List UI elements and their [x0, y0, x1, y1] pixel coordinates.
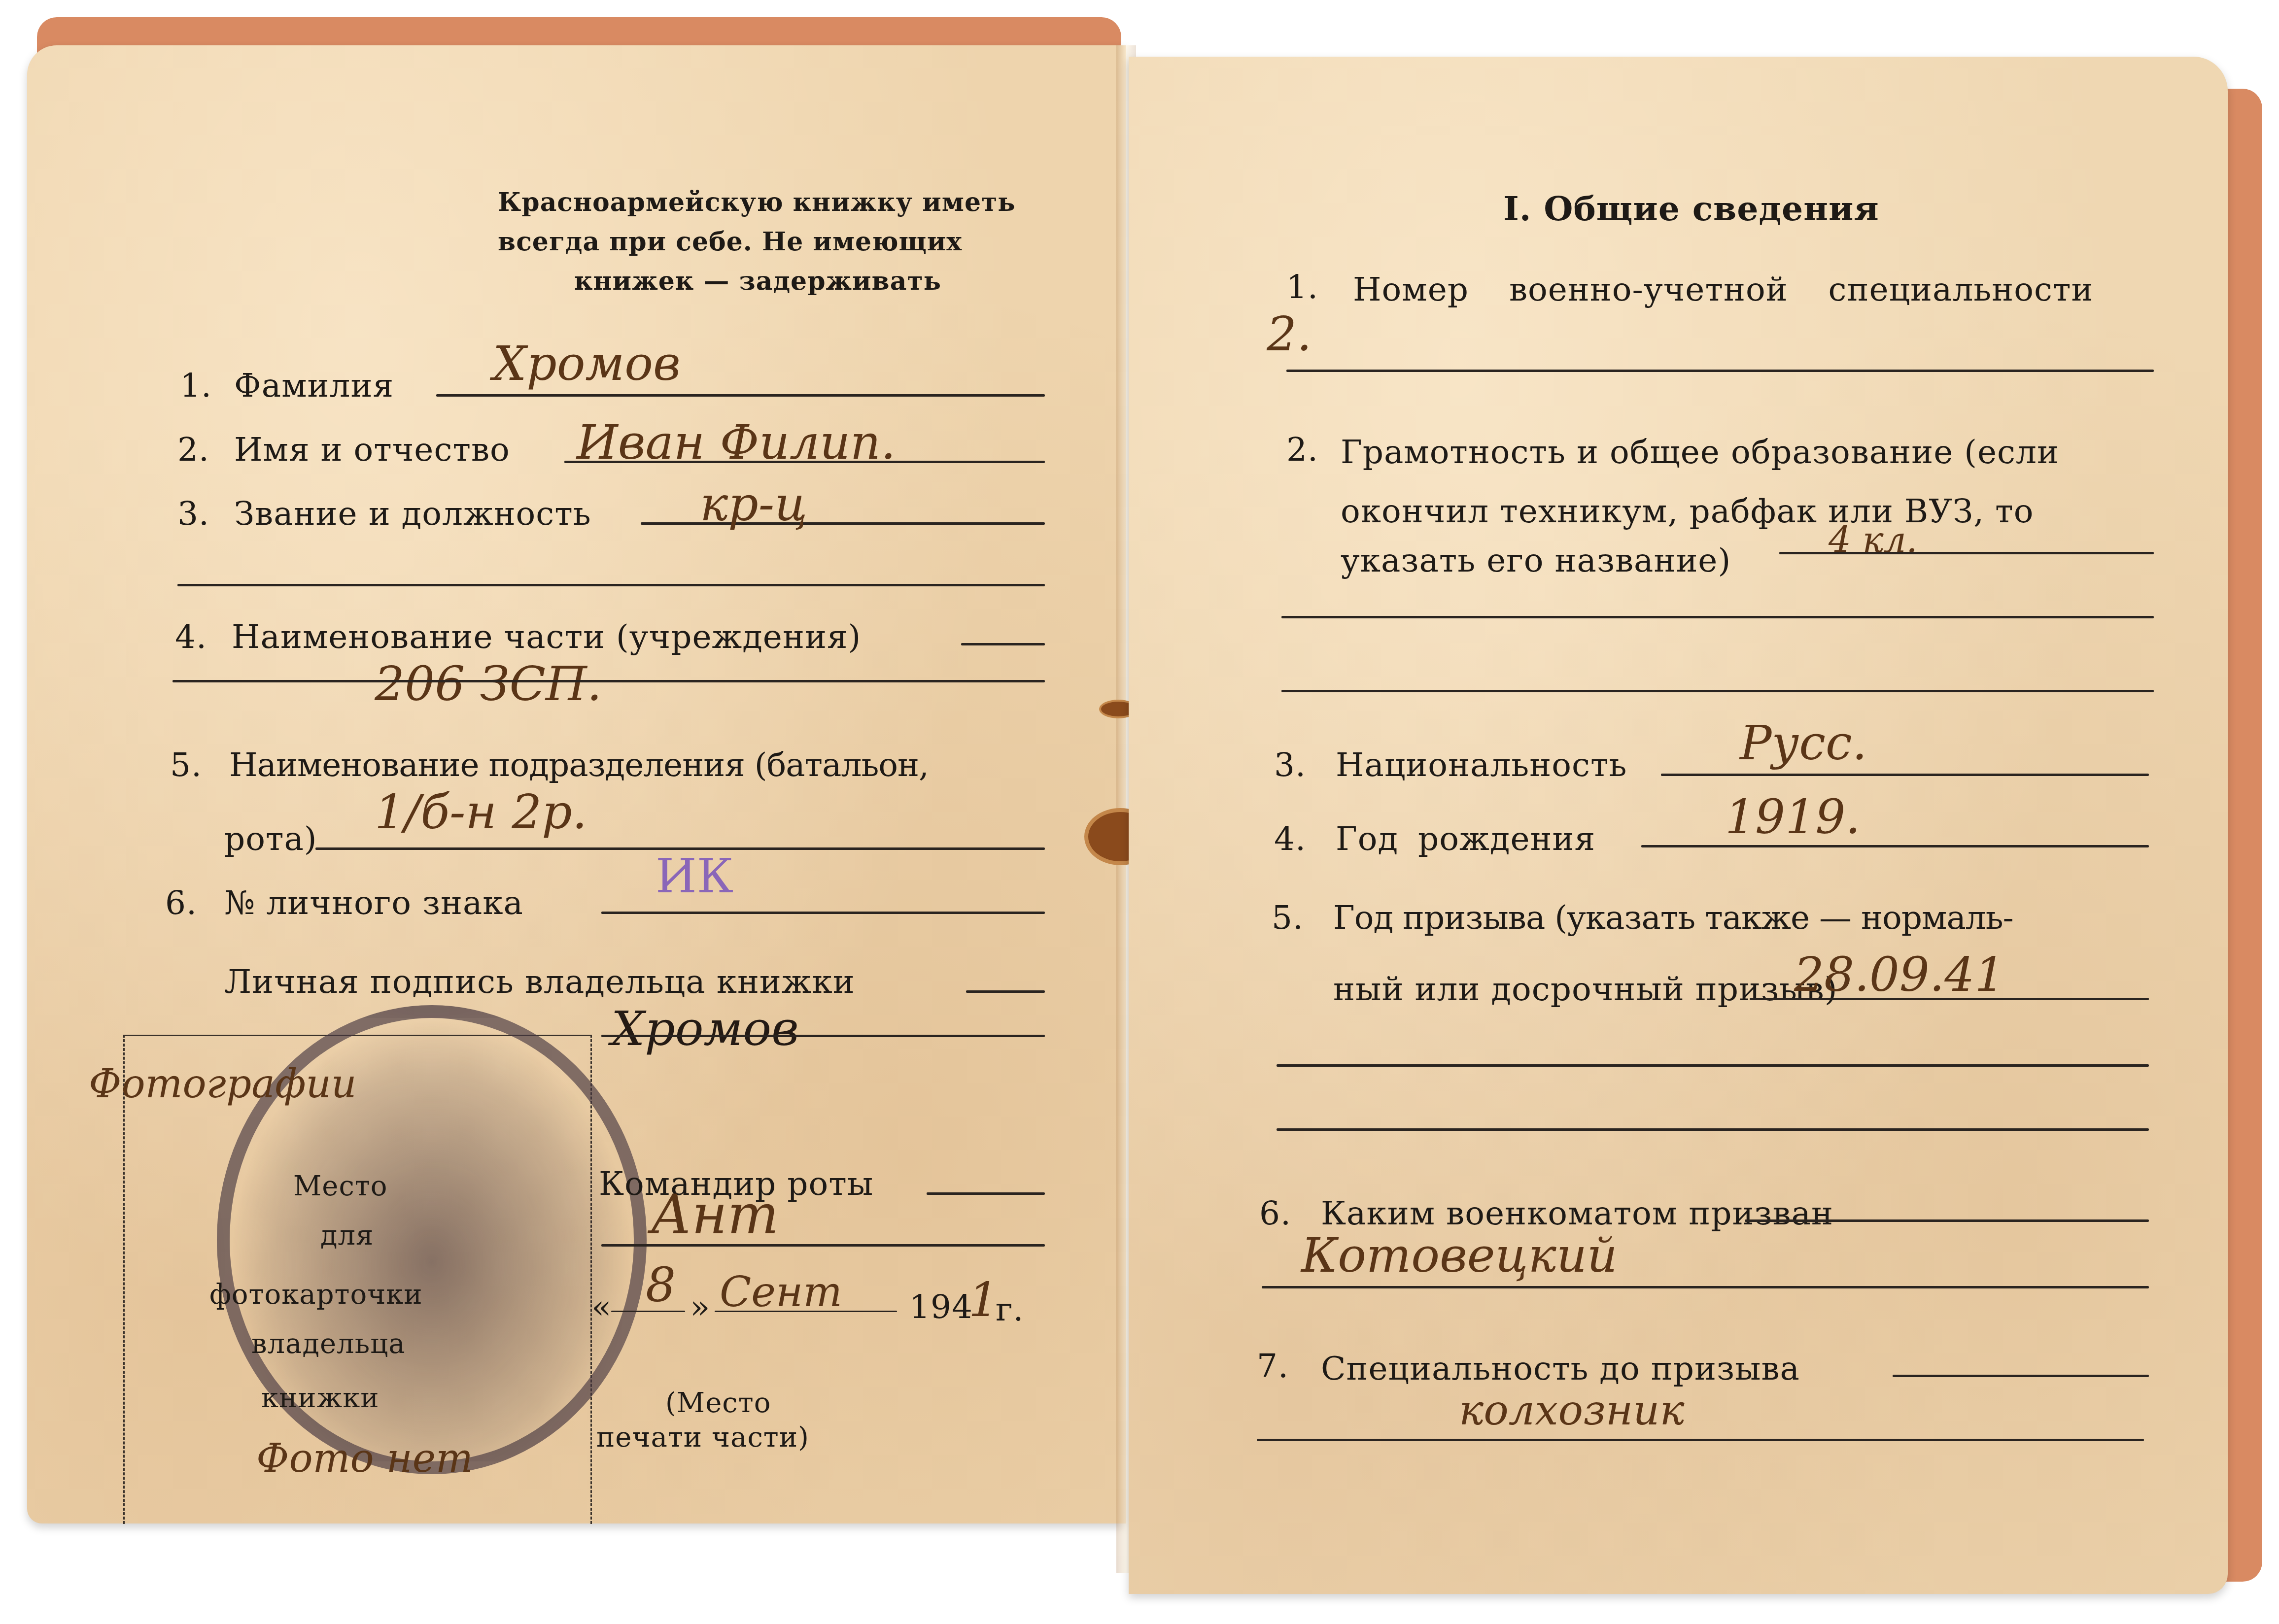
seal-place-label-2: печати части): [596, 1424, 809, 1452]
education-label-1: Грамотность и общее образование (если: [1341, 436, 2059, 469]
notice-line-3: книжек — задерживать: [574, 269, 941, 294]
notice-line-1: Красноармейскую книжку иметь: [498, 190, 1016, 215]
subdivision-value[interactable]: 1/б-н 2р.: [375, 788, 587, 836]
dog-tag-label: № личного знака: [224, 887, 523, 919]
surname-label: Фамилия: [234, 370, 394, 402]
education-label-2: окончил техникум, рабфак или ВУЗ, то: [1341, 495, 2034, 528]
field-number: 1.: [1286, 271, 1318, 304]
notice-line-2: всегда при себе. Не имеющих: [498, 229, 962, 255]
unit-name-value[interactable]: 206 ЗСП.: [375, 660, 602, 708]
birth-year-value[interactable]: 1919.: [1725, 793, 1861, 841]
military-commissariat-line: [1745, 1219, 2149, 1222]
photo-note-top: Фотографии: [89, 1064, 357, 1104]
dog-tag-line: [601, 912, 1045, 914]
date-month[interactable]: Сент: [720, 1271, 842, 1313]
field-number: 4.: [1274, 823, 1306, 855]
surname-line: [436, 394, 1045, 397]
photo-place-label-1: Место: [293, 1173, 388, 1200]
birth-year-label: Год рождения: [1336, 823, 1595, 855]
civil-specialty-line-2: [1257, 1439, 2144, 1441]
date-day[interactable]: 8: [646, 1261, 676, 1309]
owner-signature-line-2: [601, 1035, 1045, 1037]
photo-place-label-4: владельца: [251, 1330, 406, 1358]
military-specialty-value[interactable]: 2.: [1267, 310, 1312, 358]
unit-name-line-2: [173, 680, 1045, 682]
dog-tag-value[interactable]: ИК: [656, 852, 733, 900]
owner-signature-label: Личная подпись владельца книжки: [224, 966, 855, 998]
rank-position-label: Звание и должность: [234, 498, 591, 530]
education-label-3: указать его название): [1341, 544, 1731, 577]
section-title: I. Общие сведения: [1503, 192, 1879, 226]
seal-place-label-1: (Место: [665, 1389, 771, 1417]
company-commander-line: [927, 1192, 1045, 1195]
nationality-label: Национальность: [1336, 749, 1627, 781]
owner-signature-line: [966, 990, 1045, 993]
photo-place-label-2: для: [320, 1222, 374, 1250]
subdivision-label-cont: рота): [224, 823, 317, 855]
education-line-2: [1281, 616, 2154, 618]
nationality-line: [1661, 774, 2149, 776]
field-number: 5.: [170, 749, 202, 781]
photo-place-label-3: фотокарточки: [209, 1281, 423, 1309]
nationality-value[interactable]: Русс.: [1740, 719, 1867, 767]
birth-year-line: [1641, 845, 2149, 847]
subdivision-label: Наименование подразделения (батальон,: [229, 749, 929, 781]
rank-position-value[interactable]: кр-ц: [700, 480, 807, 528]
unit-name-label: Наименование части (учреждения): [232, 621, 861, 653]
field-number: 2.: [1286, 434, 1318, 466]
name-patronymic-label: Имя и отчество: [234, 434, 510, 466]
company-commander-line-2: [601, 1244, 1045, 1247]
conscription-year-label-2: ный или досрочный призыв): [1333, 973, 1837, 1006]
owner-signature-value[interactable]: Хромов: [611, 1005, 799, 1052]
military-commissariat-value[interactable]: Котовецкий: [1301, 1232, 1618, 1279]
military-specialty-line: [1286, 370, 2154, 372]
date-month-line: [715, 1311, 897, 1312]
conscription-year-line-2: [1277, 1064, 2149, 1067]
conscription-year-line-3: [1277, 1128, 2149, 1131]
field-number: 7.: [1257, 1350, 1289, 1383]
company-commander-signature[interactable]: Ант: [651, 1187, 779, 1242]
conscription-year-value[interactable]: 28.09.41: [1794, 951, 2005, 998]
photo-place-label-5: книжки: [261, 1385, 380, 1412]
unit-name-line: [961, 643, 1045, 645]
civil-specialty-value[interactable]: колхозник: [1459, 1389, 1685, 1431]
date-year-suffix: г.: [996, 1293, 1024, 1326]
date-open-quote: «: [591, 1291, 612, 1323]
military-specialty-label: Номер военно-учетной специальности: [1353, 273, 2093, 306]
date-day-line: [611, 1311, 685, 1312]
civil-specialty-label: Специальность до призыва: [1321, 1353, 1800, 1385]
field-number: 5.: [1272, 902, 1304, 934]
surname-value[interactable]: Хромов: [493, 340, 681, 387]
field-number: 6.: [165, 887, 197, 919]
date-close-quote: »: [690, 1291, 710, 1323]
education-line-3: [1281, 690, 2154, 692]
field-number: 3.: [1274, 749, 1306, 781]
field-number: 6.: [1259, 1197, 1291, 1230]
field-number: 4.: [175, 621, 207, 653]
education-line: [1779, 552, 2154, 554]
conscription-year-label-1: Год призыва (указать также — нормаль-: [1333, 902, 2013, 934]
rank-position-line-2: [177, 584, 1045, 586]
military-commissariat-label: Каким военкоматом призван: [1321, 1197, 1833, 1230]
photo-note-bottom: Фото нет: [256, 1439, 473, 1478]
field-number: 2.: [177, 434, 209, 466]
date-year-digit[interactable]: 1: [968, 1276, 999, 1323]
civil-specialty-line: [1893, 1375, 2149, 1377]
field-number: 3.: [177, 498, 209, 530]
military-commissariat-line-2: [1262, 1286, 2149, 1288]
date-year-prefix: 194: [909, 1291, 973, 1323]
name-patronymic-value[interactable]: Иван Филип.: [577, 419, 896, 466]
field-number: 1.: [180, 370, 212, 402]
